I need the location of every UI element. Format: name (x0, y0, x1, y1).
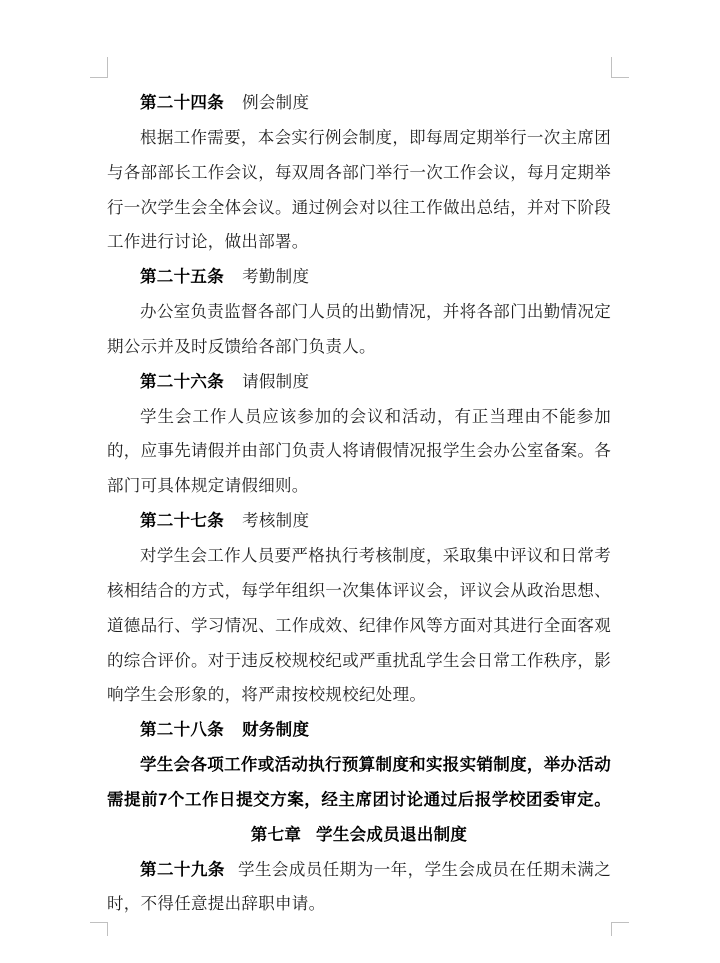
chapter-7-number: 第七章 (251, 826, 301, 844)
document-page: 第二十四条 例会制度 根据工作需要，本会实行例会制度，即每周定期举行一次主席团与… (0, 0, 720, 963)
article-29: 第二十九条学生会成员任期为一年，学生会成员在任期未满之 时，不得任意提出辞职申请… (107, 853, 611, 923)
article-29-text-start: 学生会成员任期为一年，学生会成员在任期未满之 (238, 861, 611, 879)
article-29-line-1: 第二十九条学生会成员任期为一年，学生会成员在任期未满之 (107, 853, 611, 888)
article-27-heading: 第二十七条 考核制度 (107, 504, 611, 539)
crop-mark-bottom-left (90, 922, 108, 936)
article-27-title: 考核制度 (242, 512, 309, 530)
article-26-number: 第二十六条 (140, 373, 224, 391)
chapter-7-title: 学生会成员退出制度 (316, 826, 467, 844)
text-line: 对学生会工作人员要严格执行考核制度，采取集中评议和日常考 (107, 539, 611, 574)
text-line: 办公室负责监督各部门人员的出勤情况，并将各部门出勤情况定 (107, 295, 611, 330)
chapter-7-heading: 第七章学生会成员退出制度 (107, 818, 611, 853)
crop-mark-top-right (611, 57, 629, 78)
article-25-heading: 第二十五条 考勤制度 (107, 260, 611, 295)
article-25-number: 第二十五条 (140, 268, 224, 286)
text-line: 学生会工作人员应该参加的会议和活动，有正当理由不能参加 (107, 400, 611, 435)
article-26-title: 请假制度 (242, 373, 309, 391)
document-content: 第二十四条 例会制度 根据工作需要，本会实行例会制度，即每周定期举行一次主席团与… (107, 86, 611, 922)
article-27-body: 对学生会工作人员要严格执行考核制度，采取集中评议和日常考核相结合的方式，每学年组… (107, 539, 611, 713)
article-24-title: 例会制度 (242, 94, 309, 112)
text-line: 部门可具体规定请假细则。 (107, 469, 611, 504)
article-24-heading: 第二十四条 例会制度 (107, 86, 611, 121)
text-line: 道德品行、学习情况、工作成效、纪律作风等方面对其进行全面客观 (107, 609, 611, 644)
article-25-title: 考勤制度 (242, 268, 309, 286)
article-26-heading: 第二十六条 请假制度 (107, 365, 611, 400)
article-29-number: 第二十九条 (140, 861, 225, 879)
text-line: 行一次学生会全体会议。通过例会对以往工作做出总结，并对下阶段 (107, 191, 611, 226)
text-line: 与各部部长工作会议，每双周各部门举行一次工作会议，每月定期举 (107, 156, 611, 191)
text-line: 根据工作需要，本会实行例会制度，即每周定期举行一次主席团 (107, 121, 611, 156)
article-27-number: 第二十七条 (140, 512, 224, 530)
text-line: 的综合评价。对于违反校规校纪或严重扰乱学生会日常工作秩序，影 (107, 644, 611, 679)
text-line: 核相结合的方式，每学年组织一次集体评议会，评议会从政治思想、 (107, 574, 611, 609)
crop-mark-bottom-right (611, 922, 629, 936)
article-28-title: 财务制度 (242, 721, 309, 739)
text-line: 工作进行讨论，做出部署。 (107, 225, 611, 260)
article-26-body: 学生会工作人员应该参加的会议和活动，有正当理由不能参加的，应事先请假并由部门负责… (107, 400, 611, 505)
text-line: 期公示并及时反馈给各部门负责人。 (107, 330, 611, 365)
article-29-line-2: 时，不得任意提出辞职申请。 (107, 887, 611, 922)
article-28-heading: 第二十八条 财务制度 (107, 713, 611, 748)
crop-mark-top-left (90, 57, 108, 78)
text-line: 学生会各项工作或活动执行预算制度和实报实销制度，举办活动 (107, 748, 611, 783)
text-line: 的，应事先请假并由部门负责人将请假情况报学生会办公室备案。各 (107, 434, 611, 469)
article-28-body: 学生会各项工作或活动执行预算制度和实报实销制度，举办活动需提前7个工作日提交方案… (107, 748, 611, 818)
article-28-number: 第二十八条 (140, 721, 224, 739)
text-line: 需提前7个工作日提交方案，经主席团讨论通过后报学校团委审定。 (107, 783, 611, 818)
article-24-body: 根据工作需要，本会实行例会制度，即每周定期举行一次主席团与各部部长工作会议，每双… (107, 121, 611, 260)
article-24-number: 第二十四条 (140, 94, 224, 112)
text-line: 响学生会形象的，将严肃按校规校纪处理。 (107, 678, 611, 713)
article-25-body: 办公室负责监督各部门人员的出勤情况，并将各部门出勤情况定期公示并及时反馈给各部门… (107, 295, 611, 365)
